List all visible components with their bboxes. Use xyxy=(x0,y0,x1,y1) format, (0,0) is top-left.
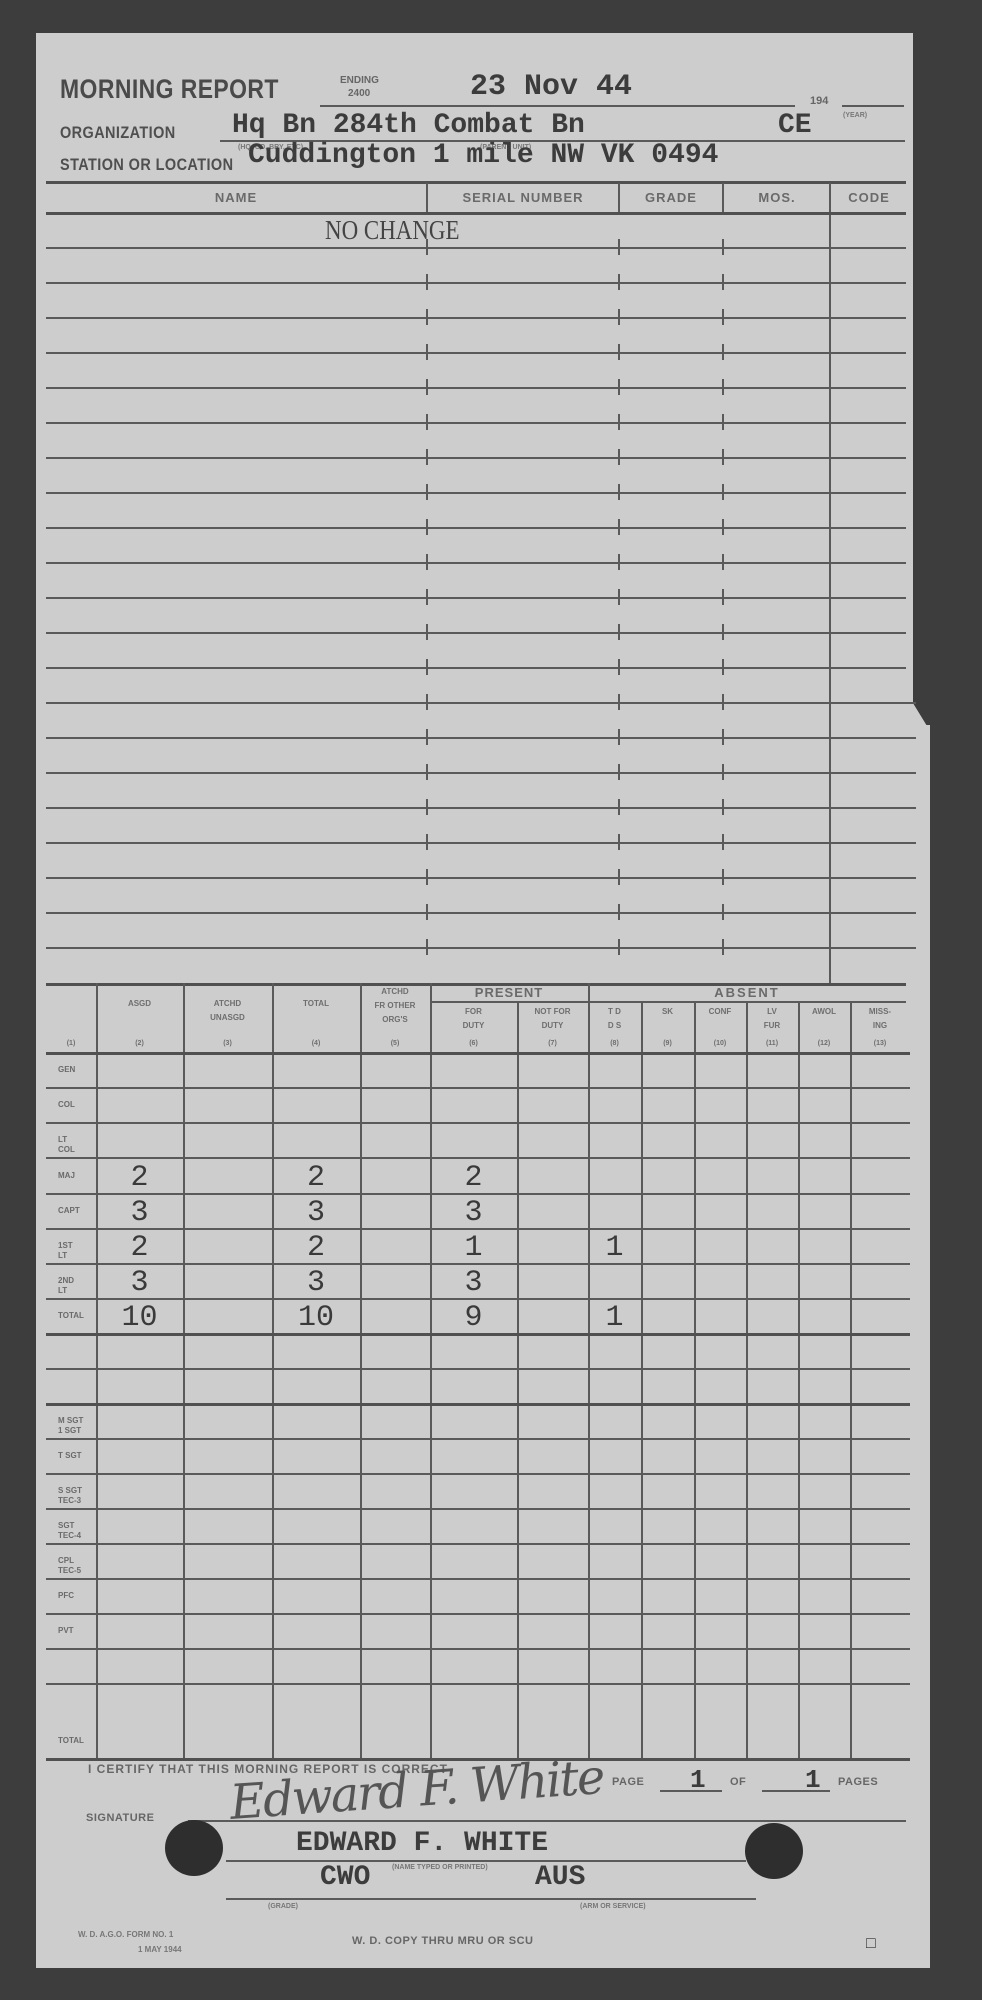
table-row-line xyxy=(46,1368,910,1370)
entry-line xyxy=(46,422,906,424)
entry-line xyxy=(46,317,906,319)
table-row-line xyxy=(46,1122,910,1124)
signature-line xyxy=(188,1820,906,1822)
column-header-3: ATCHDUNASGD xyxy=(183,997,272,1025)
table-column-line xyxy=(694,1001,696,1758)
column-header-4: TOTAL xyxy=(272,997,360,1011)
column-tick xyxy=(722,274,724,290)
column-number-2: (2) xyxy=(96,1037,183,1051)
table-row-line xyxy=(46,1543,910,1545)
table-column-line xyxy=(588,1001,590,1758)
column-tick xyxy=(426,344,428,360)
grade-line xyxy=(226,1898,756,1900)
row-label: M SGT1 SGT xyxy=(58,1416,94,1436)
station-value: Cuddington 1 mile NW VK 0494 xyxy=(248,140,718,171)
table-column-line xyxy=(746,1001,748,1758)
year-underline xyxy=(842,105,904,107)
table-column-line xyxy=(272,983,274,1758)
column-number-1: (1) xyxy=(46,1037,96,1051)
column-tick xyxy=(426,694,428,710)
column-number-3: (3) xyxy=(183,1037,272,1051)
entry-line xyxy=(46,597,906,599)
column-tick xyxy=(618,729,620,745)
column-tick xyxy=(618,589,620,605)
column-tick xyxy=(618,554,620,570)
column-tick xyxy=(618,869,620,885)
strength-value: 1 xyxy=(454,1233,494,1263)
table-column-line xyxy=(360,983,362,1758)
strength-value: 1 xyxy=(595,1233,635,1263)
column-header-6: FORDUTY xyxy=(430,1005,517,1033)
column-tick xyxy=(722,694,724,710)
column-tick xyxy=(722,624,724,640)
row-label: GEN xyxy=(58,1065,94,1075)
row-label: MAJ xyxy=(58,1171,94,1181)
column-header-13: MISS-ING xyxy=(850,1005,910,1033)
col-serial-number: SERIAL NUMBER xyxy=(428,190,618,205)
column-tick xyxy=(618,274,620,290)
strength-value: 2 xyxy=(296,1163,336,1193)
row-label: TOTAL xyxy=(58,1311,94,1321)
typed-name-caption: (NAME TYPED OR PRINTED) xyxy=(392,1864,488,1871)
form-date: 1 MAY 1944 xyxy=(138,1945,182,1954)
column-number-8: (8) xyxy=(588,1037,641,1051)
table-column-line xyxy=(430,983,432,1758)
entry-line xyxy=(46,772,916,774)
column-tick xyxy=(426,764,428,780)
absent-group-header: ABSENT xyxy=(588,985,906,1000)
entry-line xyxy=(46,352,906,354)
strength-value: 2 xyxy=(454,1163,494,1193)
column-tick xyxy=(426,414,428,430)
column-tick xyxy=(618,449,620,465)
report-date: 23 Nov 44 xyxy=(470,70,632,104)
column-number-10: (10) xyxy=(694,1037,746,1051)
column-header-11: LVFUR xyxy=(746,1005,798,1033)
column-number-6: (6) xyxy=(430,1037,517,1051)
entry-line xyxy=(46,912,916,914)
column-header-7: NOT FORDUTY xyxy=(517,1005,588,1033)
column-tick xyxy=(722,729,724,745)
row-label: 1STLT xyxy=(58,1241,94,1261)
column-header-5: ATCHDFR OTHERORG'S xyxy=(360,985,430,1027)
row-label: 2NDLT xyxy=(58,1276,94,1296)
column-number-5: (5) xyxy=(360,1037,430,1051)
table-row-line xyxy=(46,1613,910,1615)
arm-caption: (ARM OR SERVICE) xyxy=(580,1903,646,1910)
form-number: W. D. A.G.O. FORM NO. 1 xyxy=(78,1930,173,1939)
entry-line xyxy=(46,492,906,494)
table-column-line xyxy=(850,1001,852,1758)
strength-value: 10 xyxy=(296,1303,336,1333)
col-divider xyxy=(426,183,428,213)
row-label: LTCOL xyxy=(58,1135,94,1155)
row-label: PFC xyxy=(58,1591,94,1601)
organization-arm: CE xyxy=(778,110,812,141)
column-tick xyxy=(722,869,724,885)
column-tick xyxy=(426,869,428,885)
paper-edge xyxy=(905,690,927,726)
column-tick xyxy=(426,554,428,570)
year-caption: (YEAR) xyxy=(843,112,867,119)
column-number-7: (7) xyxy=(517,1037,588,1051)
ending-label: ENDING xyxy=(340,75,379,86)
column-tick xyxy=(618,694,620,710)
column-tick xyxy=(722,239,724,255)
column-tick xyxy=(618,834,620,850)
column-tick xyxy=(426,729,428,745)
column-tick xyxy=(426,484,428,500)
strength-value: 9 xyxy=(454,1303,494,1333)
entry-line xyxy=(46,457,906,459)
grade-value: CWO xyxy=(320,1862,370,1893)
strength-value: 1 xyxy=(595,1303,635,1333)
organization-label: ORGANIZATION xyxy=(60,123,176,143)
column-tick xyxy=(426,799,428,815)
column-tick xyxy=(426,589,428,605)
strength-value: 3 xyxy=(120,1268,160,1298)
col-grade: GRADE xyxy=(618,190,724,205)
column-tick xyxy=(722,764,724,780)
column-tick xyxy=(722,414,724,430)
strength-value: 3 xyxy=(454,1198,494,1228)
table-row-line xyxy=(46,1508,910,1510)
column-tick xyxy=(426,904,428,920)
column-tick xyxy=(618,309,620,325)
row-label: S SGTTEC-3 xyxy=(58,1486,94,1506)
organization-value: Hq Bn 284th Combat Bn xyxy=(232,110,585,141)
column-tick xyxy=(426,309,428,325)
row-label: CPLTEC-5 xyxy=(58,1556,94,1576)
col-divider xyxy=(722,183,724,213)
column-tick xyxy=(722,519,724,535)
column-tick xyxy=(618,624,620,640)
table-row-line xyxy=(46,1683,910,1685)
name-header-bottom xyxy=(46,212,906,215)
column-tick xyxy=(722,939,724,955)
table-row-line xyxy=(46,1087,910,1089)
row-label: CAPT xyxy=(58,1206,94,1216)
column-tick xyxy=(618,344,620,360)
column-tick xyxy=(722,799,724,815)
entry-line xyxy=(46,702,916,704)
column-tick xyxy=(618,939,620,955)
column-tick xyxy=(722,554,724,570)
column-tick xyxy=(618,799,620,815)
column-tick xyxy=(426,624,428,640)
punch-hole-right xyxy=(745,1823,803,1879)
table-column-line xyxy=(183,983,185,1758)
column-tick xyxy=(618,484,620,500)
column-tick xyxy=(722,834,724,850)
column-tick xyxy=(722,589,724,605)
column-tick xyxy=(426,379,428,395)
arm-service-value: AUS xyxy=(535,1862,585,1893)
table-column-line xyxy=(641,1001,643,1758)
strength-value: 3 xyxy=(296,1198,336,1228)
strength-value: 2 xyxy=(296,1233,336,1263)
signature-label: SIGNATURE xyxy=(86,1812,154,1824)
table-row-line xyxy=(46,1438,910,1440)
row-label: COL xyxy=(58,1100,94,1110)
column-tick xyxy=(426,939,428,955)
entry-line xyxy=(46,282,906,284)
date-underline xyxy=(320,105,795,107)
column-tick xyxy=(426,239,428,255)
column-number-4: (4) xyxy=(272,1037,360,1051)
row-label: PVT xyxy=(58,1626,94,1636)
column-tick xyxy=(618,764,620,780)
form-title: MORNING REPORT xyxy=(60,74,279,105)
header-divider xyxy=(46,181,906,184)
column-tick xyxy=(722,484,724,500)
pages-underline xyxy=(762,1790,830,1792)
group-header-divider xyxy=(430,1001,906,1003)
table-row-line xyxy=(46,1648,910,1650)
column-tick xyxy=(618,379,620,395)
station-label: STATION OR LOCATION xyxy=(60,155,233,175)
pages-label: PAGES xyxy=(838,1776,878,1788)
table-column-line xyxy=(517,1001,519,1758)
column-header-8: T DD S xyxy=(588,1005,641,1033)
column-header-2: ASGD xyxy=(96,997,183,1011)
table-row-line xyxy=(46,1578,910,1580)
col-divider xyxy=(618,183,620,213)
row-label: T SGT xyxy=(58,1451,94,1461)
entry-line xyxy=(46,562,906,564)
strength-value: 3 xyxy=(120,1198,160,1228)
column-tick xyxy=(722,309,724,325)
column-tick xyxy=(618,904,620,920)
column-tick xyxy=(722,379,724,395)
column-tick xyxy=(722,449,724,465)
column-tick xyxy=(722,904,724,920)
code-column-divider xyxy=(829,183,831,983)
column-tick xyxy=(426,274,428,290)
entry-line xyxy=(46,947,916,949)
name-entry: NO CHANGE xyxy=(325,215,460,246)
strength-value: 10 xyxy=(120,1303,160,1333)
typed-name: EDWARD F. WHITE xyxy=(296,1828,548,1859)
typed-name-line xyxy=(226,1860,746,1862)
col-mos: MOS. xyxy=(724,190,830,205)
year-prefix: 194 xyxy=(810,95,828,107)
column-number-11: (11) xyxy=(746,1037,798,1051)
column-tick xyxy=(618,414,620,430)
strength-value: 2 xyxy=(120,1233,160,1263)
column-tick xyxy=(618,659,620,675)
strength-value: 3 xyxy=(296,1268,336,1298)
table-column-line xyxy=(798,1001,800,1758)
column-number-12: (12) xyxy=(798,1037,850,1051)
table-row-line xyxy=(46,1157,910,1159)
column-tick xyxy=(426,449,428,465)
entry-line xyxy=(46,632,906,634)
column-tick xyxy=(426,519,428,535)
column-tick xyxy=(618,519,620,535)
row-label: SGTTEC-4 xyxy=(58,1521,94,1541)
table-row-line xyxy=(46,1052,910,1055)
page-label: PAGE xyxy=(612,1776,644,1788)
present-group-header: PRESENT xyxy=(430,985,588,1000)
ending-time: 2400 xyxy=(348,88,370,99)
entry-line xyxy=(46,527,906,529)
column-header-9: SK xyxy=(641,1005,694,1019)
entry-line xyxy=(46,842,916,844)
table-row-line xyxy=(46,1473,910,1475)
punch-hole-left xyxy=(165,1820,223,1876)
column-tick xyxy=(722,659,724,675)
column-number-13: (13) xyxy=(850,1037,910,1051)
col-name: NAME xyxy=(46,190,426,205)
column-tick xyxy=(722,344,724,360)
entry-line xyxy=(46,667,906,669)
column-tick xyxy=(618,239,620,255)
strength-value: 3 xyxy=(454,1268,494,1298)
entry-line xyxy=(46,877,916,879)
entry-line xyxy=(46,247,906,249)
column-tick xyxy=(426,659,428,675)
column-header-10: CONF xyxy=(694,1005,746,1019)
entry-line xyxy=(46,807,916,809)
row-label: TOTAL xyxy=(58,1736,94,1746)
entry-line xyxy=(46,387,906,389)
box-mark-icon: □ xyxy=(866,1935,876,1953)
column-header-12: AWOL xyxy=(798,1005,850,1019)
col-code: CODE xyxy=(832,190,906,205)
of-label: OF xyxy=(730,1776,746,1788)
table-column-line xyxy=(96,983,98,1758)
column-number-9: (9) xyxy=(641,1037,694,1051)
entry-line xyxy=(46,737,916,739)
strength-value: 2 xyxy=(120,1163,160,1193)
copy-note: W. D. COPY THRU MRU OR SCU xyxy=(352,1935,533,1947)
page-underline xyxy=(660,1790,722,1792)
column-tick xyxy=(426,834,428,850)
grade-caption: (GRADE) xyxy=(268,1903,298,1910)
table-row-line xyxy=(46,1403,910,1406)
